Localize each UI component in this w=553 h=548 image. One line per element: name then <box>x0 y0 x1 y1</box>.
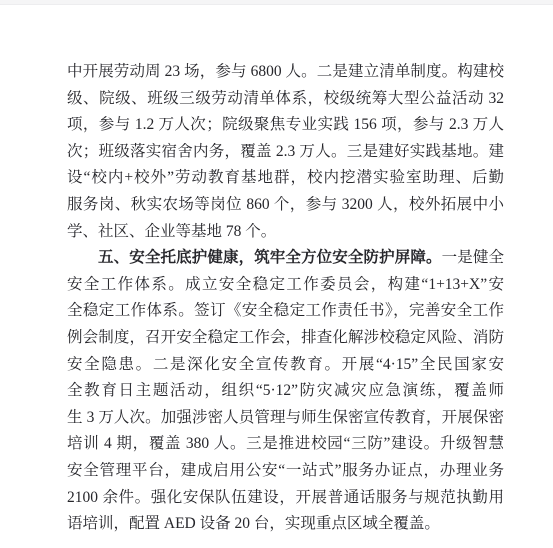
text-line: 语培训，配置 AED 设备 20 台，实现重点区域全覆盖。 <box>67 511 504 538</box>
text-line: 培训 4 期，覆盖 380 人。三是推进校园“三防”建设。升级智慧 <box>67 431 504 458</box>
document-page: 中开展劳动周 23 场，参与 6800 人。二是建立清单制度。构建校 级、院级、… <box>0 0 553 548</box>
text-line: 全稳定工作体系。签订《安全稳定工作责任书》，完善安全工作 <box>67 298 504 325</box>
text-line: 中开展劳动周 23 场，参与 6800 人。二是建立清单制度。构建校 <box>67 59 504 86</box>
text-line: 项，参与 1.2 万人次；院级聚焦专业实践 156 项，参与 2.3 万人 <box>67 112 504 139</box>
text-line: 安全管理平台，建成启用公安“一站式”服务办证点，办理业务 <box>67 458 504 485</box>
page-top-edge <box>0 0 553 5</box>
text-line: 级、院级、班级三级劳动清单体系，校级统筹大型公益活动 32 <box>67 86 504 113</box>
text-line: 例会制度，召开安全稳定工作会，排查化解涉校稳定风险、消防 <box>67 325 504 352</box>
text-line: 设“校内+校外”劳动教育基地群，校内挖潜实验室助理、后勤 <box>67 165 504 192</box>
text-line: 安全隐患。二是深化安全宣传教育。开展“4·15”全民国家安 <box>67 352 504 379</box>
text-line: 服务岗、秋实农场等岗位 860 个，参与 3200 人，校外拓展中小 <box>67 192 504 219</box>
text-line: 安全工作体系。成立安全稳定工作委员会，构建“1+13+X”安 <box>67 272 504 299</box>
text-line: 学、社区、企业等基地 78 个。 <box>67 219 504 246</box>
text-line: 2100 余件。强化安保队伍建设，开展普通话服务与规范执勤用 <box>67 485 504 512</box>
text-run: 一是健全 <box>442 249 504 266</box>
section-heading: 五、安全托底护健康，筑牢全方位安全防护屏障。 <box>98 249 442 266</box>
text-line: 五、安全托底护健康，筑牢全方位安全防护屏障。一是健全 <box>67 245 504 272</box>
text-line: 生 3 万人次。加强涉密人员管理与师生保密宣传教育，开展保密 <box>67 405 504 432</box>
document-text: 中开展劳动周 23 场，参与 6800 人。二是建立清单制度。构建校 级、院级、… <box>67 59 504 538</box>
text-line: 全教育日主题活动，组织“5·12”防灾减灾应急演练，覆盖师 <box>67 378 504 405</box>
text-line: 次；班级落实宿舍内务，覆盖 2.3 万人。三是建好实践基地。建 <box>67 139 504 166</box>
